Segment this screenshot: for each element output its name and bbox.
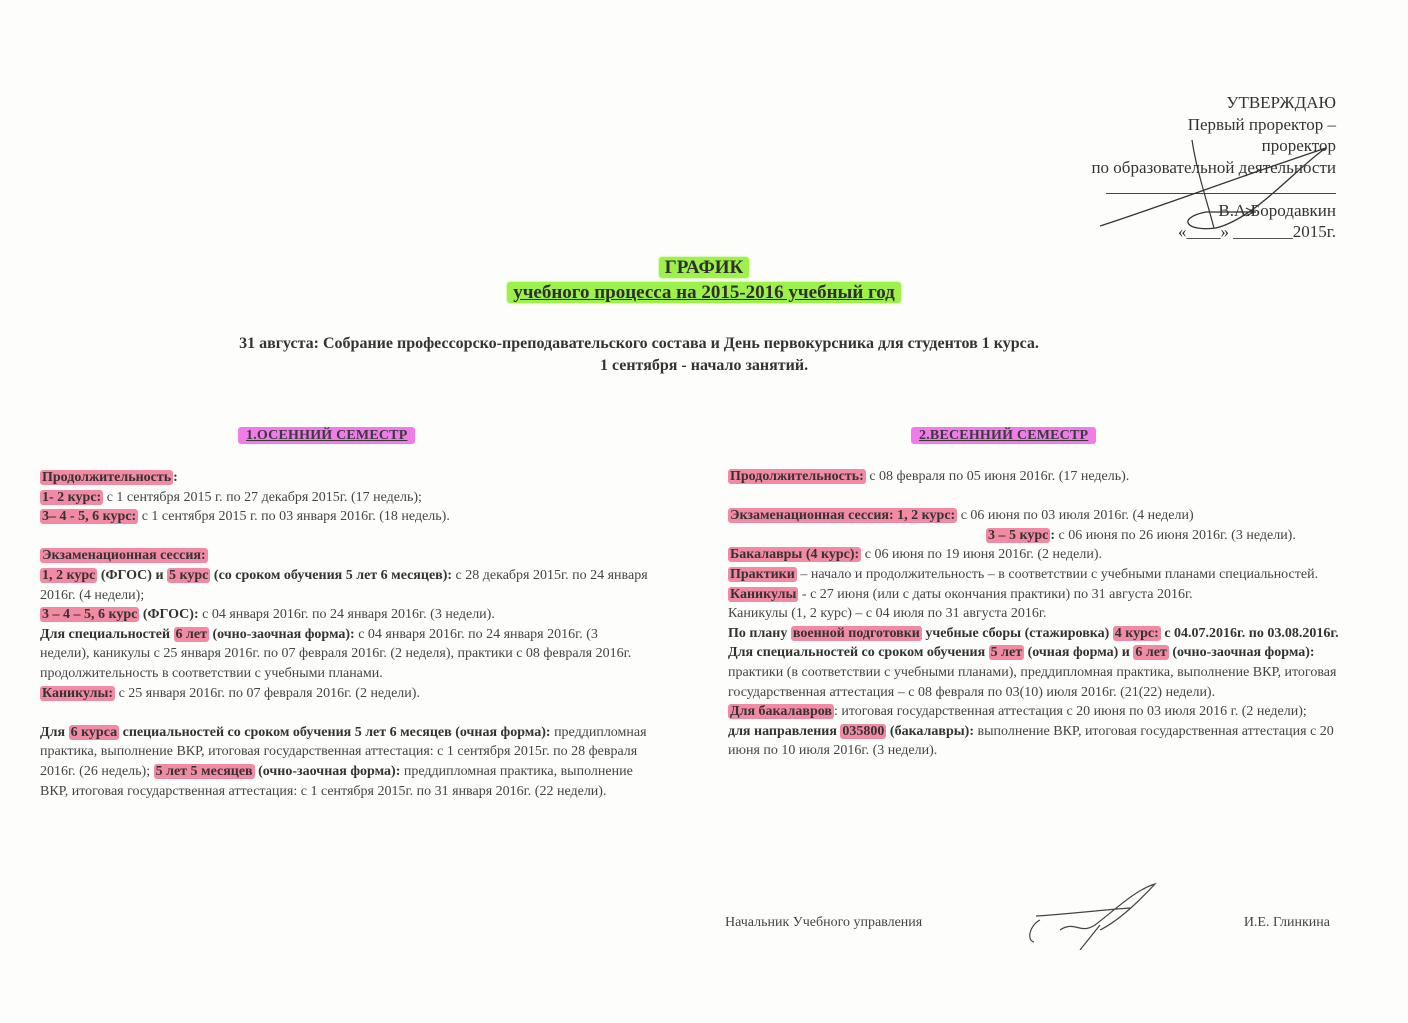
spring-practice: Практики – начало и продолжительность – …	[728, 565, 1343, 585]
intro-line-1: 31 августа: Собрание профессорско-препод…	[0, 333, 1408, 355]
footer-position: Начальник Учебного управления	[725, 915, 922, 930]
title-line-1: ГРАФИК	[659, 257, 750, 278]
spring-bachelors: Бакалавры (4 курс): с 06 июня по 19 июня…	[728, 545, 1343, 565]
autumn-exam-3: Для специальностей 6 лет (очно-заочная ф…	[40, 625, 650, 684]
spring-direction: для направления 035800 (бакалавры): выпо…	[728, 722, 1343, 761]
autumn-exam-label: Экзаменационная сессия:	[40, 546, 650, 566]
spring-holidays-1-2: Каникулы (1, 2 курс) – с 04 июля по 31 а…	[728, 604, 1343, 624]
autumn-holidays: Каникулы: с 25 января 2016г. по 07 февра…	[40, 684, 650, 704]
spring-military: По плану военной подготовки учебные сбор…	[728, 624, 1343, 644]
autumn-exam-1: 1, 2 курс (ФГОС) и 5 курс (со сроком обу…	[40, 566, 650, 605]
title-line-2: учебного процесса на 2015-2016 учебный г…	[507, 282, 901, 303]
autumn-semester-heading: 1.ОСЕННИЙ СЕМЕСТР	[238, 428, 415, 444]
autumn-duration-label: Продолжительность:	[40, 468, 650, 488]
intro-line-2: 1 сентября - начало занятий.	[600, 357, 808, 374]
autumn-duration-row: 3– 4 - 5, 6 курс: с 1 сентября 2015 г. п…	[40, 507, 650, 527]
spring-bachelors-gia: Для бакалавров: итоговая государственная…	[728, 702, 1343, 722]
handwritten-signature-icon	[1020, 880, 1160, 950]
spring-holidays: Каникулы - с 27 июня (или с даты окончан…	[728, 585, 1343, 605]
spring-exam-2: 3 – 5 курс: с 06 июня по 26 июня 2016г. …	[728, 526, 1343, 546]
document-title: ГРАФИК учебного процесса на 2015-2016 уч…	[0, 256, 1408, 306]
handwritten-signature-icon	[1096, 128, 1336, 238]
approval-heading: УТВЕРЖДАЮ	[1091, 92, 1336, 114]
footer-name: И.Е. Глинкина	[1244, 915, 1330, 931]
intro: 31 августа: Собрание профессорско-препод…	[0, 333, 1408, 377]
spring-exam-1: Экзаменационная сессия: 1, 2 курс: с 06 …	[728, 506, 1343, 526]
autumn-semester-content: Продолжительность: 1- 2 курс: с 1 сентяб…	[40, 468, 650, 801]
autumn-duration-row: 1- 2 курс: с 1 сентября 2015 г. по 27 де…	[40, 488, 650, 508]
spring-specialties: Для специальностей со сроком обучения 5 …	[728, 643, 1343, 702]
spring-duration: Продолжительность: с 08 февраля по 05 ию…	[728, 467, 1343, 487]
autumn-sixth-course: Для 6 курса специальностей со сроком обу…	[40, 723, 650, 801]
spring-semester-content: Продолжительность: с 08 февраля по 05 ию…	[728, 467, 1343, 761]
autumn-exam-2: 3 – 4 – 5, 6 курс (ФГОС): с 04 января 20…	[40, 605, 650, 625]
spring-semester-heading: 2.ВЕСЕННИЙ СЕМЕСТР	[911, 428, 1096, 444]
